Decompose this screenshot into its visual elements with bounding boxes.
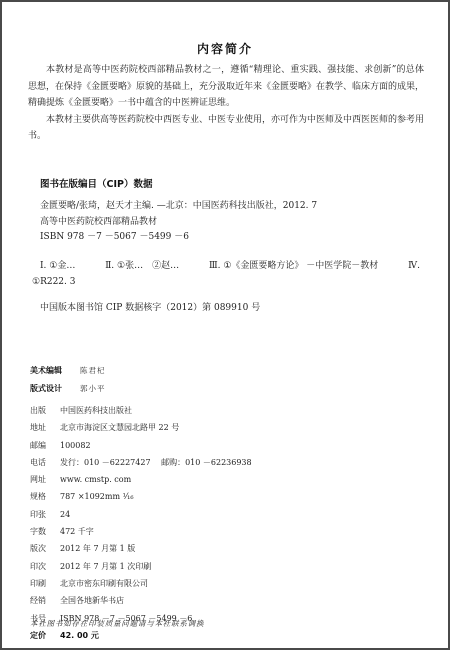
classification-part-3: Ⅲ. ①《金匮要略方论》 －中医学院－教材 <box>209 258 378 274</box>
summary-body: 本教材是高等中医药院校西部精品教材之一，遵循“精理论、重实践、强技能、求创新”的… <box>28 62 424 145</box>
pubinfo-value: 24 <box>60 506 70 523</box>
pubinfo-row-edition: 版次 2012 年 7 月第 1 版 <box>30 540 252 557</box>
pubinfo-value: 100082 <box>60 437 91 454</box>
pubinfo-label: 出版 <box>30 402 60 419</box>
summary-paragraph: 本教材是高等中医药院校西部精品教材之一，遵循“精理论、重实践、强技能、求创新”的… <box>28 62 424 112</box>
pubinfo-value: 2012 年 7 月第 1 版 <box>60 540 135 557</box>
pubinfo-value: 中国医药科技出版社 <box>60 402 132 419</box>
pubinfo-row-website: 网址 www. cmstp. com <box>30 471 252 488</box>
cip-line-title-author: 金匮要略/张琦，赵天才主编. —北京：中国医药科技出版社，2012. 7 <box>40 199 317 215</box>
pubinfo-value: 北京市海淀区文慧园北路甲 22 号 <box>60 419 179 436</box>
pubinfo-row-address: 地址 北京市海淀区文慧园北路甲 22 号 <box>30 419 252 436</box>
publication-info: 出版 中国医药科技出版社 地址 北京市海淀区文慧园北路甲 22 号 邮编 100… <box>30 402 252 644</box>
credit-row-layout-design: 版式设计 郭小平 <box>30 380 106 398</box>
pubinfo-row-distributor: 经销 全国各地新华书店 <box>30 592 252 609</box>
copyright-page: 内容简介 本教材是高等中医药院校西部精品教材之一，遵循“精理论、重实践、强技能、… <box>0 0 450 650</box>
pubinfo-value: www. cmstp. com <box>60 471 131 488</box>
cip-line-series: 高等中医药院校西部精品教材 <box>40 215 317 231</box>
credit-value: 郭小平 <box>80 380 106 398</box>
cip-classification: Ⅰ. ①金… Ⅱ. ①张… ②赵… Ⅲ. ①《金匮要略方论》 －中医学院－教材 … <box>40 258 420 290</box>
pubinfo-row-word-count: 字数 472 千字 <box>30 523 252 540</box>
credit-row-art-editor: 美术编辑 陈君杞 <box>30 362 106 380</box>
pubinfo-row-publisher: 出版 中国医药科技出版社 <box>30 402 252 419</box>
pubinfo-value: 472 千字 <box>60 523 94 540</box>
pubinfo-value: 发行：010 －62227427 邮购：010 －62236938 <box>60 454 252 471</box>
pubinfo-row-phone: 电话 发行：010 －62227427 邮购：010 －62236938 <box>30 454 252 471</box>
pubinfo-label: 规格 <box>30 488 60 505</box>
classification-part-1: Ⅰ. ①金… <box>40 258 75 274</box>
classification-part-2: Ⅱ. ①张… ②赵… <box>105 258 179 274</box>
pubinfo-row-printing: 印次 2012 年 7 月第 1 次印刷 <box>30 558 252 575</box>
classification-code: ①R222. 3 <box>32 274 420 290</box>
cip-data-block: 金匮要略/张琦，赵天才主编. —北京：中国医药科技出版社，2012. 7 高等中… <box>40 199 317 246</box>
pubinfo-label: 定价 <box>30 627 60 644</box>
classification-row: Ⅰ. ①金… Ⅱ. ①张… ②赵… Ⅲ. ①《金匮要略方论》 －中医学院－教材 … <box>40 258 420 274</box>
summary-paragraph: 本教材主要供高等医药院校中西医专业、中医专业使用，亦可作为中医师及中西医医师的参… <box>28 112 424 145</box>
summary-title: 内容简介 <box>2 40 448 57</box>
pubinfo-label: 邮编 <box>30 437 60 454</box>
cip-line-isbn: ISBN 978 －7 －5067 －5499 －6 <box>40 230 317 246</box>
credit-label: 版式设计 <box>30 380 80 398</box>
pubinfo-label: 地址 <box>30 419 60 436</box>
credit-value: 陈君杞 <box>80 362 106 380</box>
pubinfo-value: 北京市密东印刷有限公司 <box>60 575 148 592</box>
credits-block: 美术编辑 陈君杞 版式设计 郭小平 <box>30 362 106 398</box>
pubinfo-label: 印张 <box>30 506 60 523</box>
pubinfo-row-postcode: 邮编 100082 <box>30 437 252 454</box>
pubinfo-label: 网址 <box>30 471 60 488</box>
pubinfo-row-format: 规格 787 ×1092mm ¹⁄₁₆ <box>30 488 252 505</box>
pubinfo-label: 字数 <box>30 523 60 540</box>
pubinfo-value: 全国各地新华书店 <box>60 592 124 609</box>
pubinfo-label: 印次 <box>30 558 60 575</box>
quality-notice: 本社图书如存在印装质量问题请与本社联系调换 <box>30 618 204 629</box>
pubinfo-row-sheets: 印张 24 <box>30 506 252 523</box>
cip-title: 图书在版编目（CIP）数据 <box>40 176 152 190</box>
pubinfo-label: 电话 <box>30 454 60 471</box>
pubinfo-label: 经销 <box>30 592 60 609</box>
credit-label: 美术编辑 <box>30 362 80 380</box>
pubinfo-label: 版次 <box>30 540 60 557</box>
pubinfo-label: 印刷 <box>30 575 60 592</box>
cip-record-number: 中国版本图书馆 CIP 数据核字（2012）第 089910 号 <box>40 300 260 313</box>
pubinfo-value: 42. 00 元 <box>60 627 99 644</box>
pubinfo-value: 787 ×1092mm ¹⁄₁₆ <box>60 488 134 505</box>
classification-part-4: Ⅳ. <box>408 258 420 274</box>
pubinfo-value: 2012 年 7 月第 1 次印刷 <box>60 558 151 575</box>
pubinfo-row-price: 定价 42. 00 元 <box>30 627 252 644</box>
pubinfo-row-printer: 印刷 北京市密东印刷有限公司 <box>30 575 252 592</box>
